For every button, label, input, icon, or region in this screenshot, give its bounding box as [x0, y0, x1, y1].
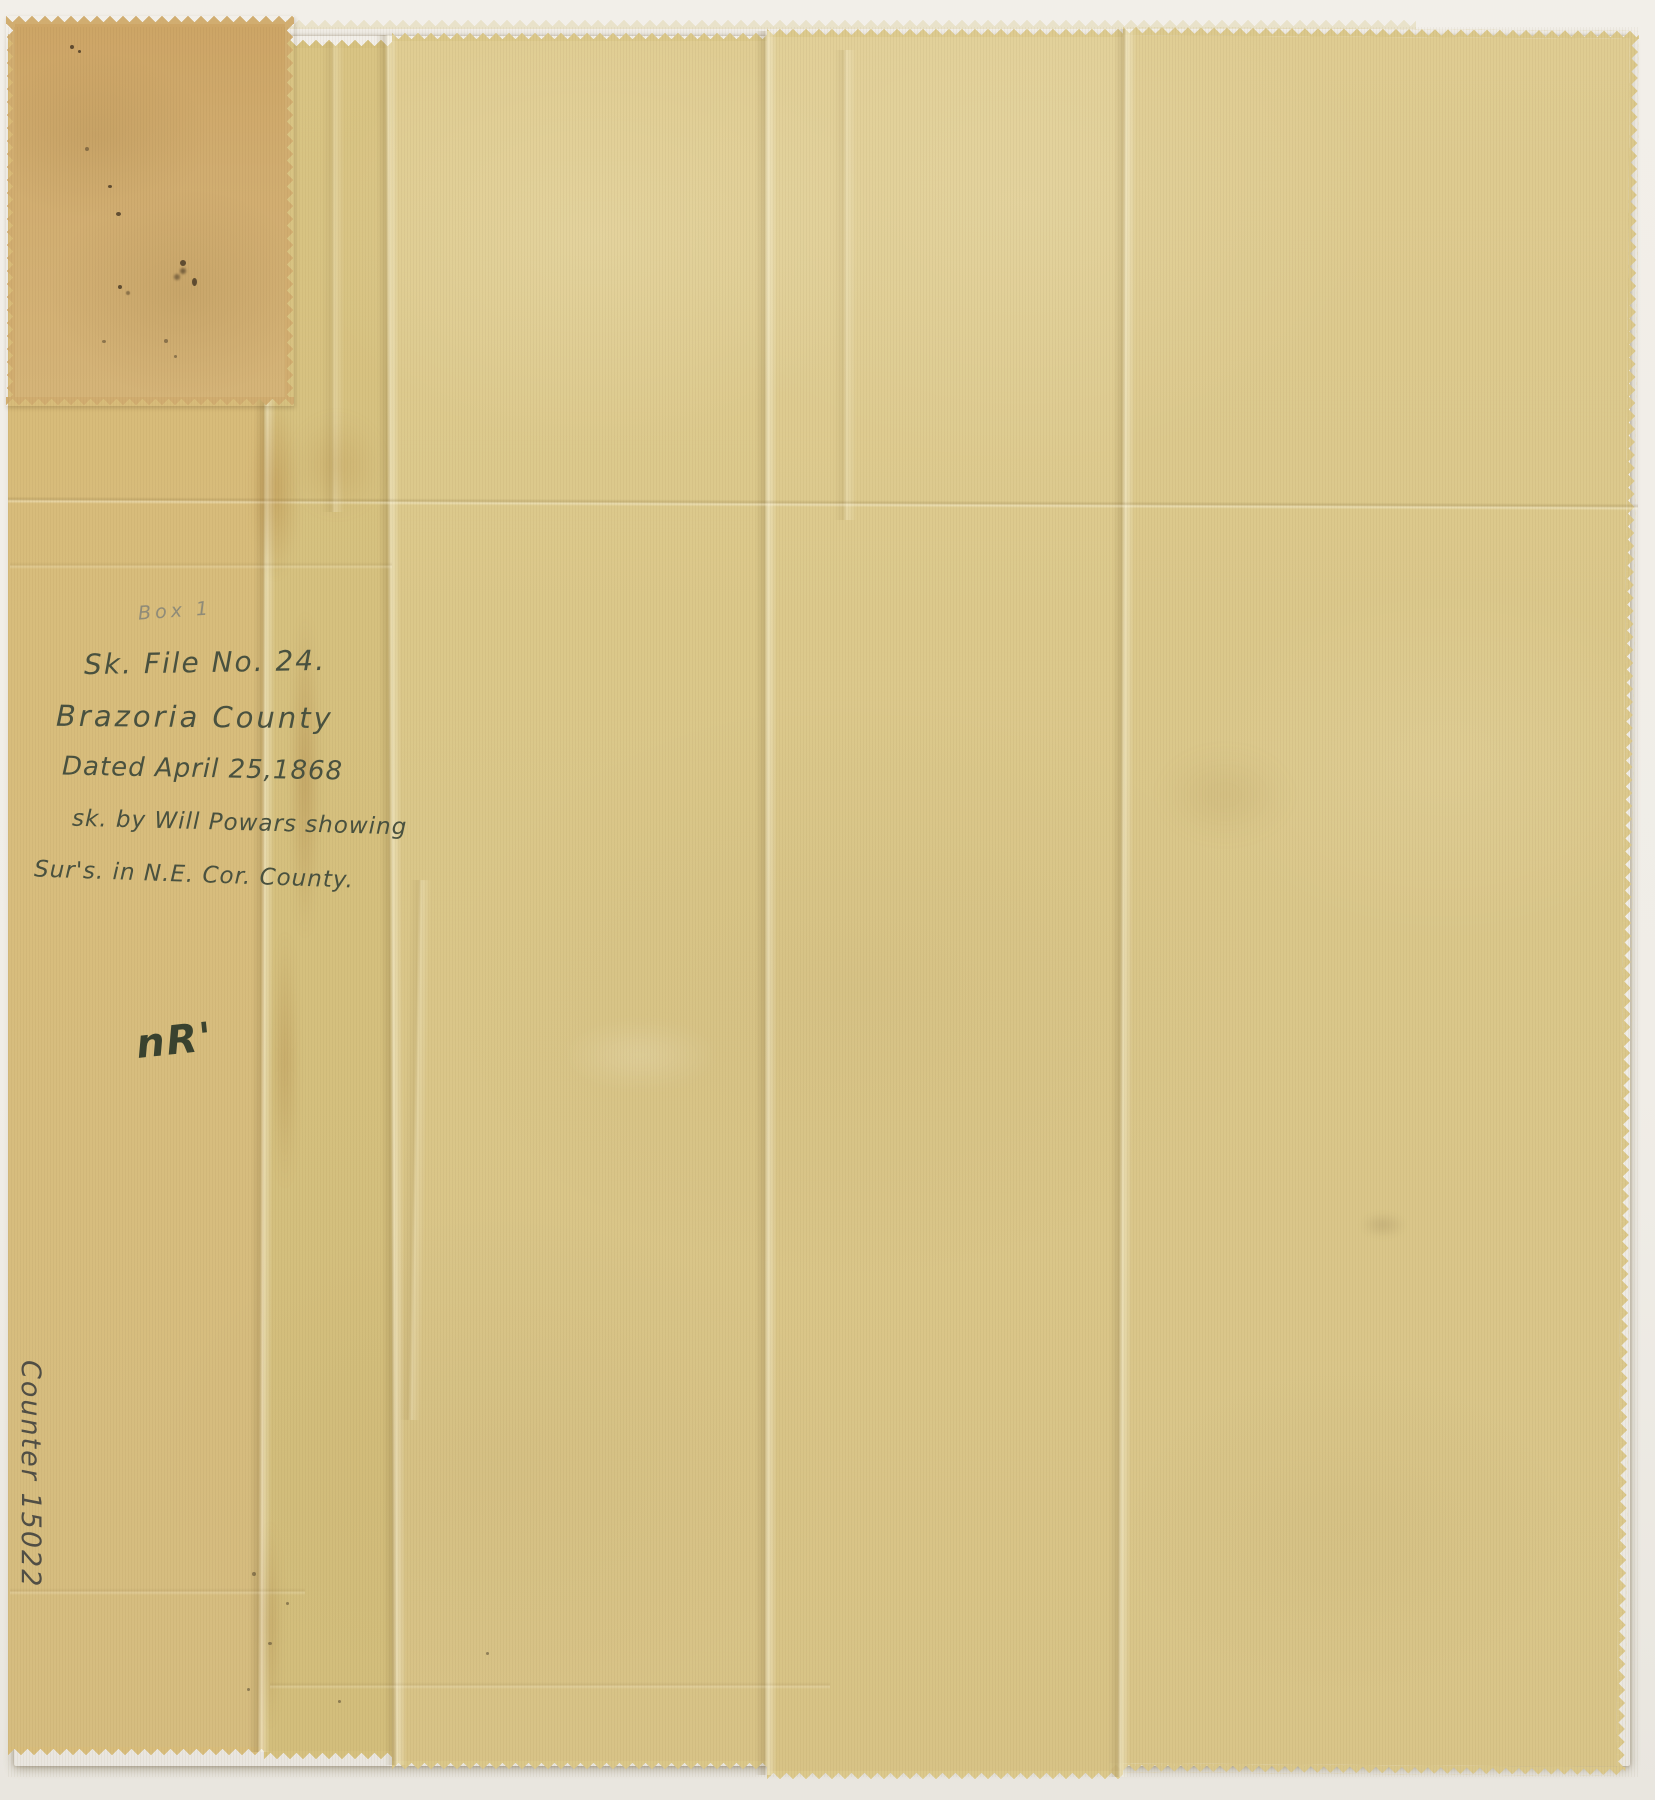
- pinked-edge: [6, 24, 15, 397]
- pinked-edge: [392, 1761, 767, 1770]
- paper-surface: [1109, 35, 1630, 1767]
- paper-surface: [392, 41, 767, 1761]
- pinked-edge: [6, 397, 294, 406]
- pinked-edge: [6, 16, 294, 24]
- paper-panel: [767, 29, 1123, 1780]
- paper-panel: [392, 33, 767, 1770]
- scanned-document-page: Box 1 Sk. File No. 24. Brazoria County D…: [0, 0, 1655, 1800]
- paper-surface: [767, 37, 1123, 1771]
- paper-patch: [6, 16, 294, 406]
- pinked-edge: [286, 20, 1416, 28]
- pinked-edge: [767, 1771, 1123, 1780]
- pinked-edge: [392, 33, 767, 41]
- paper-surface: [15, 24, 285, 397]
- paper-panel: [1109, 27, 1639, 1776]
- pinked-edge: [8, 1747, 264, 1756]
- pinked-edge: [285, 24, 294, 397]
- pinked-edge: [264, 1751, 392, 1760]
- pinked-edge: [767, 29, 1123, 37]
